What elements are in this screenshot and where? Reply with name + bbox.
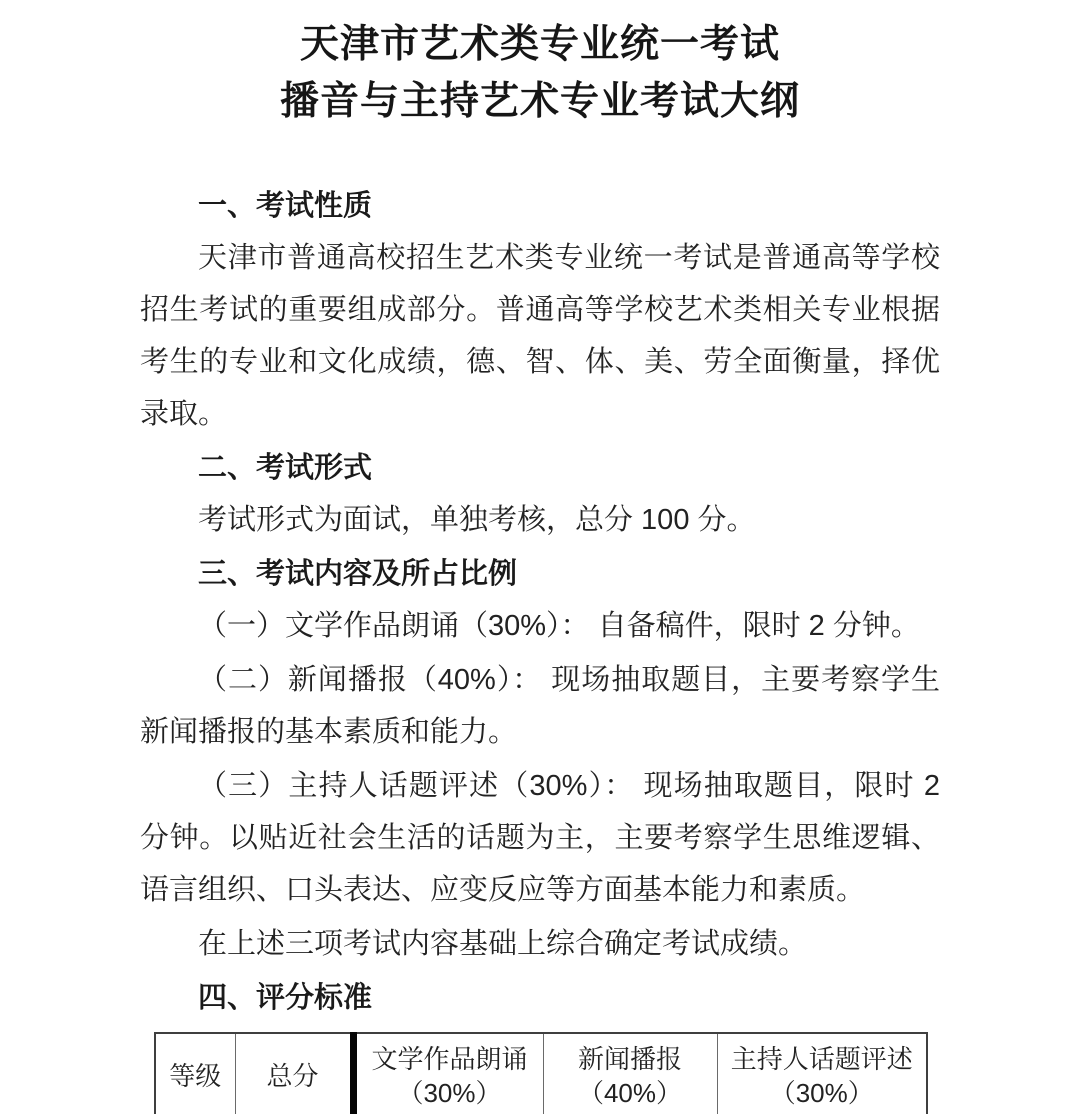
document-title: 天津市艺术类专业统一考试 播音与主持艺术专业考试大纲 [140, 16, 940, 130]
section-heading-4: 四、评分标准 [140, 972, 940, 1024]
header-label: 总分 [236, 1059, 350, 1093]
paragraph: 考试形式为面试，单独考核，总分 100 分。 [140, 494, 940, 546]
paragraph-item-2: （二）新闻播报（40%）： 现场抽取题目，主要考察学生新闻播报的基本素质和能力。 [140, 654, 940, 758]
paragraph: 天津市普通高校招生艺术类专业统一考试是普通高等学校招生考试的重要组成部分。普通高… [140, 232, 940, 440]
paragraph-item-1: （一）文学作品朗诵（30%）： 自备稿件，限时 2 分钟。 [140, 600, 940, 652]
paragraph-summary: 在上述三项考试内容基础上综合确定考试成绩。 [140, 918, 940, 970]
table-header-total-score: 总分 [235, 1033, 353, 1114]
scoring-standard-table: 等级 总分 文学作品朗诵 （30%） 新闻播报 （40%） [154, 1032, 928, 1114]
document-body: 一、考试性质 天津市普通高校招生艺术类专业统一考试是普通高等学校招生考试的重要组… [140, 180, 940, 1114]
header-sublabel: （30%） [718, 1076, 927, 1110]
header-label: 等级 [156, 1059, 235, 1093]
section-heading-3: 三、考试内容及所占比例 [140, 548, 940, 600]
section-heading-1: 一、考试性质 [140, 180, 940, 232]
header-label: 主持人话题评述 [718, 1042, 927, 1076]
header-sublabel: （30%） [357, 1076, 543, 1110]
header-label: 新闻播报 [544, 1042, 717, 1076]
header-label: 文学作品朗诵 [357, 1042, 543, 1076]
table-header-literary-recitation: 文学作品朗诵 （30%） [353, 1033, 543, 1114]
table-header-news-broadcast: 新闻播报 （40%） [543, 1033, 717, 1114]
table-header-host-commentary: 主持人话题评述 （30%） [717, 1033, 927, 1114]
document-page: 天津市艺术类专业统一考试 播音与主持艺术专业考试大纲 一、考试性质 天津市普通高… [0, 0, 1080, 1114]
paragraph-item-3: （三）主持人话题评述（30%）： 现场抽取题目，限时 2 分钟。以贴近社会生活的… [140, 760, 940, 916]
table-header-grade: 等级 [155, 1033, 235, 1114]
table-header-row: 等级 总分 文学作品朗诵 （30%） 新闻播报 （40%） [155, 1033, 927, 1114]
title-line-1: 天津市艺术类专业统一考试 [140, 16, 940, 73]
title-line-2: 播音与主持艺术专业考试大纲 [140, 73, 940, 130]
section-heading-2: 二、考试形式 [140, 442, 940, 494]
header-sublabel: （40%） [544, 1076, 717, 1110]
